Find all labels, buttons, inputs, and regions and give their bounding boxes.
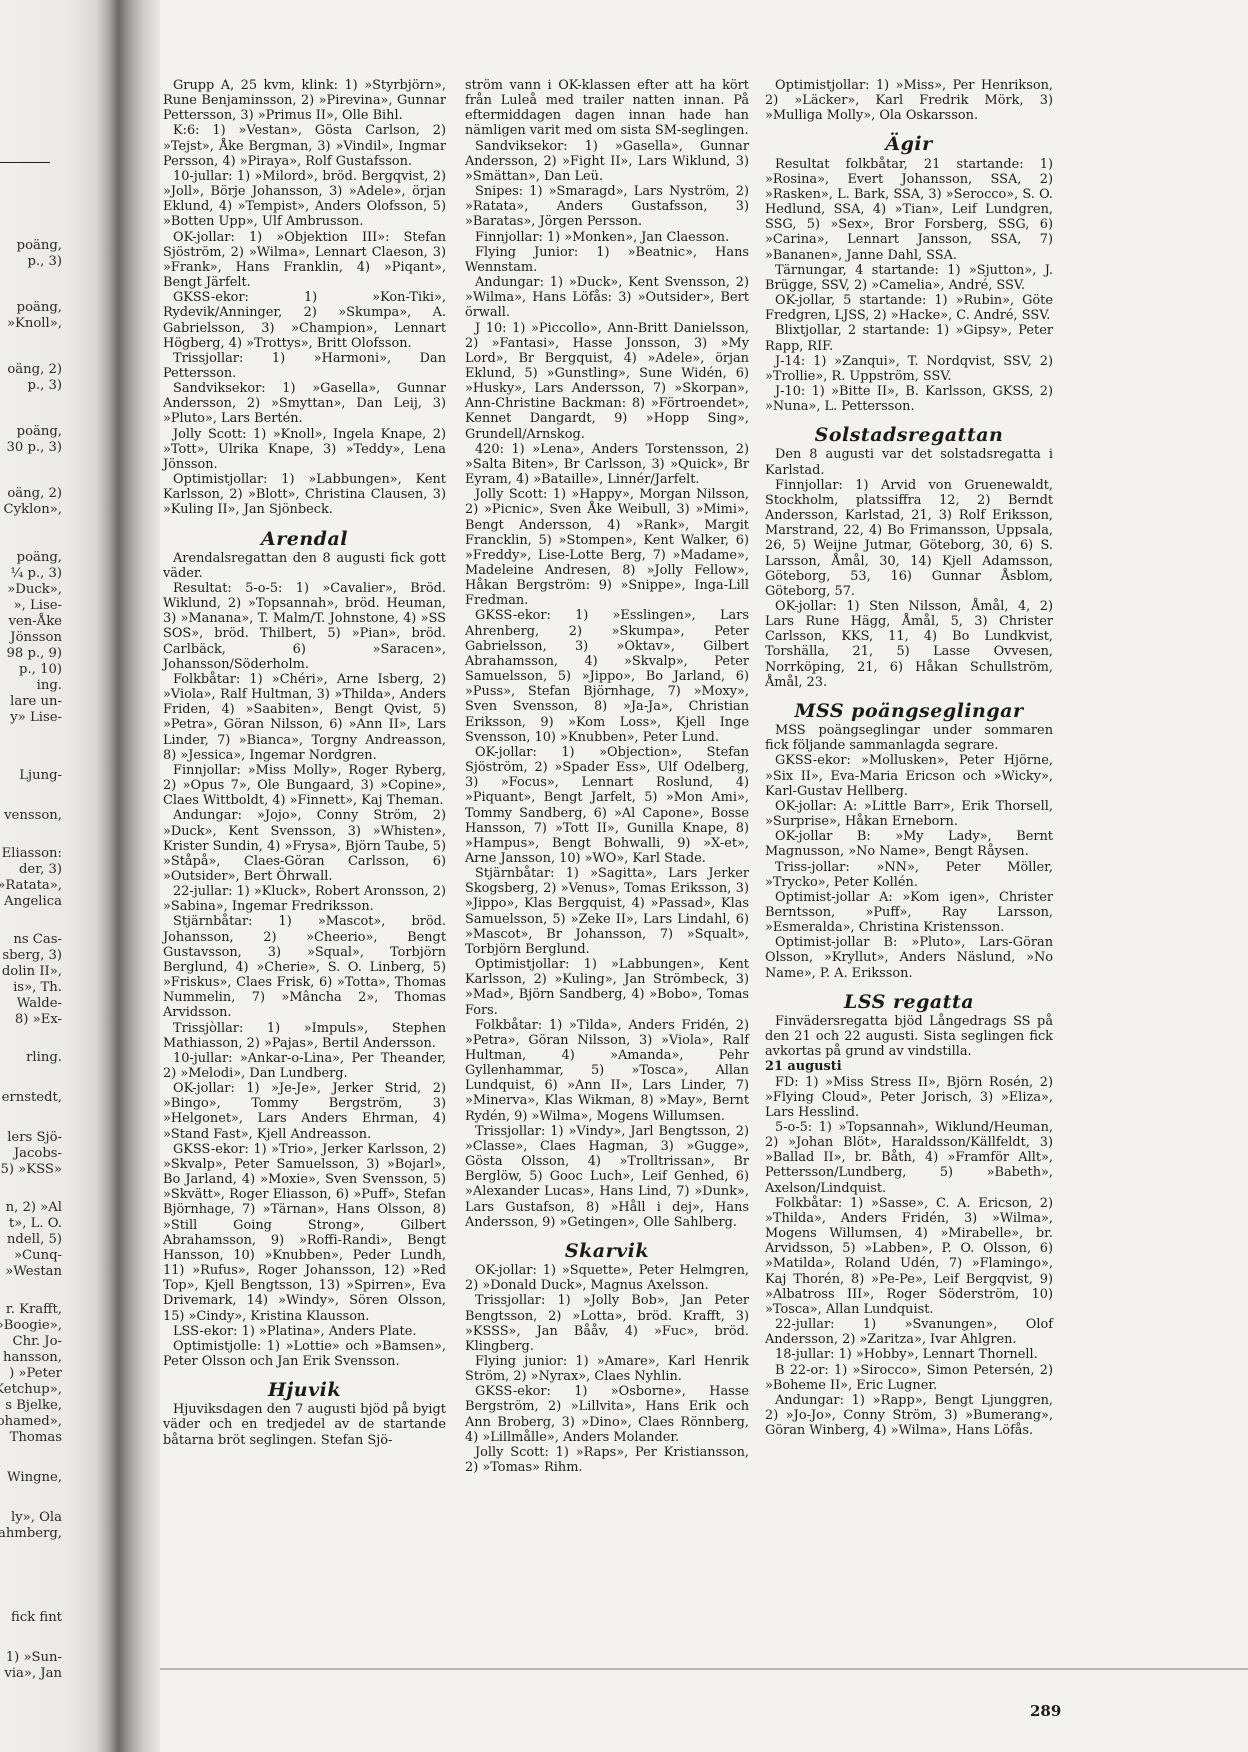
facing-page-fragment: n, 2) »Al <box>6 1200 62 1216</box>
results-paragraph: Andungar: 1) »Duck», Kent Svensson, 2) »… <box>465 275 749 320</box>
facing-page-fragment: r. Krafft, <box>6 1302 62 1318</box>
facing-page-fragment: Jönsson <box>10 630 62 646</box>
results-paragraph: OK-jollar: 1) »Squette», Peter Helmgren,… <box>465 1263 749 1293</box>
results-paragraph: Optimist-jollar B: »Pluto», Lars-Göran O… <box>765 935 1053 980</box>
text-column-1: Grupp A, 25 kvm, klink: 1) »Styrbjörn», … <box>163 78 446 1448</box>
facing-page-fragment: 8) »Ex- <box>15 1012 62 1028</box>
facing-page-fragment: poäng, <box>17 238 62 254</box>
section-heading: Hjuvik <box>163 1383 446 1398</box>
results-paragraph: Folkbåtar: 1) »Chéri», Arne Isberg, 2) »… <box>163 672 446 763</box>
results-paragraph: OK-jollar: 1) »Je-Je», Jerker Strid, 2) … <box>163 1081 446 1142</box>
results-paragraph: 10-jullar: 1) »Milord», bröd. Bergqvist,… <box>163 169 446 230</box>
facing-page-fragment: Chr. Jo- <box>12 1334 62 1350</box>
facing-page-fragment: Thomas <box>10 1430 62 1446</box>
facing-page-fragment: Eliasson: <box>2 846 62 862</box>
facing-page-fragment: 1) »Sun- <box>6 1650 62 1666</box>
results-paragraph: Grupp A, 25 kvm, klink: 1) »Styrbjörn», … <box>163 78 446 123</box>
results-paragraph: Optimistjollar: 1) »Labbungen», Kent Kar… <box>163 472 446 517</box>
results-paragraph: OK-jollar: 1) »Objection», Stefan Sjöstr… <box>465 745 749 866</box>
facing-page-fragment: 5) »KSS» <box>0 1162 62 1178</box>
results-paragraph: OK-jollar: A: »Little Barr», Erik Thorse… <box>765 799 1053 829</box>
facing-page-fragment: 30 p., 3) <box>6 440 62 456</box>
facing-page-fragment: »Ratata», <box>0 878 62 894</box>
results-paragraph: Stjärnbåtar: 1) »Sagitta», Lars Jerker S… <box>465 866 749 957</box>
results-paragraph: Folkbåtar: 1) »Sasse», C. A. Ericson, 2)… <box>765 1196 1053 1317</box>
section-heading: Arendal <box>163 532 446 547</box>
results-paragraph: GKSS-ekor: 1) »Trio», Jerker Karlsson, 2… <box>163 1142 446 1324</box>
results-paragraph: Blixtjollar, 2 startande: 1) »Gipsy», Pe… <box>765 323 1053 353</box>
facing-page-fragment: ing. <box>37 678 62 694</box>
facing-page-fragment: ernstedt, <box>2 1090 62 1106</box>
results-paragraph: Jolly Scott: 1) »Happy», Morgan Nilsson,… <box>465 487 749 608</box>
section-heading: MSS poängseglingar <box>765 704 1053 719</box>
results-paragraph: Trissjòllar: 1) »Impuls», Stephen Mathia… <box>163 1021 446 1051</box>
results-paragraph: Snipes: 1) »Smaragd», Lars Nyström, 2) »… <box>465 184 749 229</box>
results-paragraph: Folkbåtar: 1) »Tilda», Anders Fridén, 2)… <box>465 1018 749 1124</box>
facing-page-fragment: poäng, <box>17 550 62 566</box>
results-paragraph: K:6: 1) »Vestan», Gösta Carlson, 2) »Tej… <box>163 123 446 168</box>
facing-page-fragment: ly», Ola <box>11 1510 62 1526</box>
results-paragraph: GKSS-ekor: 1) »Osborne», Hasse Bergström… <box>465 1384 749 1445</box>
results-paragraph: J-14: 1) »Zanqui», T. Nordqvist, SSV, 2)… <box>765 354 1053 384</box>
results-paragraph: Flying Junior: 1) »Beatnic», Hans Wennst… <box>465 245 749 275</box>
facing-page-fragment: », Lise- <box>14 598 62 614</box>
results-paragraph: Tärnungar, 4 startande: 1) »Sjutton», J.… <box>765 263 1053 293</box>
results-paragraph: Finvädersregatta bjöd Långedrags SS på d… <box>765 1014 1053 1059</box>
facing-page-fragment: is», Th. <box>13 980 62 996</box>
results-paragraph: GKSS-ekor: »Mollusken», Peter Hjörne, »S… <box>765 753 1053 798</box>
facing-page-fragment: s Bjelke, <box>5 1398 62 1414</box>
results-paragraph: Optimist-jollar A: »Kom igen», Christer … <box>765 890 1053 935</box>
facing-page-fragment: sberg, 3) <box>2 948 62 964</box>
results-paragraph: OK-jollar, 5 startande: 1) »Rubin», Göte… <box>765 293 1053 323</box>
section-rule <box>0 162 50 163</box>
facing-page-fragment: fick fint <box>11 1610 62 1626</box>
results-paragraph: 5-o-5: 1) »Topsannah», Wiklund/Heuman, 2… <box>765 1120 1053 1196</box>
facing-page-fragment: poäng, <box>17 300 62 316</box>
facing-page-fragment: t», L. O. <box>9 1216 62 1232</box>
results-paragraph: Triss-jollar: »NN», Peter Möller, »Tryck… <box>765 860 1053 890</box>
facing-page-fragment: ahmberg, <box>0 1526 62 1542</box>
facing-page-fragment: ohamed», <box>0 1414 62 1430</box>
results-paragraph: Finnjollar: 1) Arvid von Gruenewaldt, St… <box>765 478 1053 599</box>
facing-page-fragment: p., 10) <box>19 662 62 678</box>
facing-page-fragment: rling. <box>26 1050 62 1066</box>
facing-page-fragment: lers Sjö- <box>7 1130 62 1146</box>
results-paragraph: Andungar: »Jojo», Conny Ström, 2) »Duck»… <box>163 808 446 884</box>
results-paragraph: Hjuviksdagen den 7 augusti bjöd på byigt… <box>163 1402 446 1447</box>
facing-page-fragment: ns Cas- <box>13 932 62 948</box>
facing-page-fragment: oäng, 2) <box>7 362 62 378</box>
page-number: 289 <box>1030 1702 1061 1720</box>
results-paragraph: 10-jullar: »Ankar-o-Lina», Per Theander,… <box>163 1051 446 1081</box>
results-paragraph: Finnjollar: »Miss Molly», Roger Ryberg, … <box>163 763 446 808</box>
results-paragraph: Sandviksekor: 1) »Gasella», Gunnar Ander… <box>465 139 749 184</box>
results-paragraph: 22-jullar: 1) »Kluck», Robert Aronsson, … <box>163 884 446 914</box>
results-paragraph: Sandviksekor: 1) »Gasella», Gunnar Ander… <box>163 381 446 426</box>
facing-page-fragment: y» Lise- <box>10 710 62 726</box>
facing-page-fragment: lare un- <box>10 694 62 710</box>
results-paragraph: Finnjollar: 1) »Monken», Jan Claesson. <box>465 230 749 245</box>
facing-page-fragment: »Cunq- <box>14 1248 62 1264</box>
facing-page-fragment: dolin II», <box>2 964 62 980</box>
section-heading: LSS regatta <box>765 995 1053 1010</box>
facing-page-fragment: der, 3) <box>19 862 62 878</box>
results-paragraph: ström vann i OK-klassen efter att ha kör… <box>465 78 749 139</box>
book-gutter-shadow <box>118 0 160 1752</box>
results-paragraph: Resultat folkbåtar, 21 startande: 1) »Ro… <box>765 157 1053 263</box>
results-paragraph: MSS poängseglingar under sommaren fick f… <box>765 723 1053 753</box>
facing-page-edge: poäng,p., 3)poäng,»Knoll»,oäng, 2)p., 3)… <box>0 0 118 1752</box>
results-paragraph: 18-jullar: 1) »Hobby», Lennart Thornell. <box>765 1347 1053 1362</box>
text-column-3: Optimistjollar: 1) »Miss», Per Henrikson… <box>765 78 1053 1438</box>
results-paragraph: Resultat: 5-o-5: 1) »Cavalier», Bröd. Wi… <box>163 581 446 672</box>
facing-page-fragment: »Knoll», <box>7 316 62 332</box>
facing-page-fragment: Jacobs- <box>14 1146 62 1162</box>
results-paragraph: GKSS-ekor: 1) »Esslingen», Lars Ahrenber… <box>465 608 749 744</box>
results-paragraph: Trissjollar: 1) »Vindy», Jarl Bengtsson,… <box>465 1124 749 1230</box>
results-paragraph: Trissjollar: 1) »Jolly Bob», Jan Peter B… <box>465 1293 749 1354</box>
results-paragraph: Andungar: 1) »Rapp», Bengt Ljunggren, 2)… <box>765 1393 1053 1438</box>
facing-page-fragment: hansson, <box>3 1350 62 1366</box>
results-paragraph: Den 8 augusti var det solstadsregatta i … <box>765 447 1053 477</box>
results-paragraph: Jolly Scott: 1) »Raps», Per Kristiansson… <box>465 1445 749 1475</box>
facing-page-fragment: Ljung- <box>19 768 62 784</box>
results-paragraph: Flying junior: 1) »Amare», Karl Henrik S… <box>465 1354 749 1384</box>
results-paragraph: Arendalsregattan den 8 augusti fick gott… <box>163 551 446 581</box>
results-paragraph: J 10: 1) »Piccollo», Ann-Britt Danielsso… <box>465 321 749 442</box>
facing-page-fragment: »Duck», <box>7 582 62 598</box>
facing-page-fragment: vensson, <box>4 808 62 824</box>
results-paragraph: LSS-ekor: 1) »Platina», Anders Plate. <box>163 1324 446 1339</box>
facing-page-fragment: p., 3) <box>27 254 62 270</box>
facing-page-fragment: Angelica <box>4 894 62 910</box>
results-paragraph: B 22-or: 1) »Sirocco», Simon Petersén, 2… <box>765 1363 1053 1393</box>
results-paragraph: OK-jollar: 1) »Objektion III»: Stefan Sj… <box>163 230 446 291</box>
facing-page-fragment: Cyklon», <box>4 502 62 518</box>
facing-page-fragment: p., 3) <box>27 378 62 394</box>
facing-page-fragment: oäng, 2) <box>7 486 62 502</box>
results-paragraph: Trissjollar: 1) »Harmoni», Dan Pettersso… <box>163 351 446 381</box>
facing-page-fragment: poäng, <box>17 424 62 440</box>
results-paragraph: 420: 1) »Lena», Anders Torstensson, 2) »… <box>465 442 749 487</box>
facing-page-fragment: Wingne, <box>7 1470 62 1486</box>
results-paragraph: Optimistjollar: 1) »Labbungen», Kent Kar… <box>465 957 749 1018</box>
date-subheading: 21 augusti <box>765 1059 1053 1074</box>
facing-page-fragment: ven-Åke <box>8 614 62 630</box>
results-paragraph: J-10: 1) »Bitte II», B. Karlsson, GKSS, … <box>765 384 1053 414</box>
results-paragraph: Optimistjollar: 1) »Miss», Per Henrikson… <box>765 78 1053 123</box>
results-paragraph: FD: 1) »Miss Stress II», Björn Rosén, 2)… <box>765 1075 1053 1120</box>
facing-page-fragment: via», Jan <box>4 1666 62 1682</box>
results-paragraph: Stjärnbåtar: 1) »Mascot», bröd. Johansso… <box>163 914 446 1020</box>
facing-page-fragment: ndell, 5) <box>7 1232 62 1248</box>
facing-page-fragment: Ketchup», <box>0 1382 62 1398</box>
results-paragraph: Jolly Scott: 1) »Knoll», Ingela Knape, 2… <box>163 427 446 472</box>
facing-page-fragment: »Boogie», <box>0 1318 62 1334</box>
facing-page-fragment: ¼ p., 3) <box>10 566 62 582</box>
section-heading: Ägir <box>765 137 1053 152</box>
text-column-2: ström vann i OK-klassen efter att ha kör… <box>465 78 749 1475</box>
results-paragraph: OK-jollar B: »My Lady», Bernt Magnusson,… <box>765 829 1053 859</box>
results-paragraph: Optimistjolle: 1) »Lottie» och »Bamsen»,… <box>163 1339 446 1369</box>
section-heading: Solstadsregattan <box>765 428 1053 443</box>
results-paragraph: GKSS-ekor: 1) »Kon-Tiki», Rydevik/Anning… <box>163 290 446 351</box>
facing-page-fragment: 98 p., 9) <box>6 646 62 662</box>
section-heading: Skarvik <box>465 1244 749 1259</box>
results-paragraph: 22-jullar: 1) »Svanungen», Olof Andersso… <box>765 1317 1053 1347</box>
facing-page-fragment: »Westan <box>5 1264 62 1280</box>
facing-page-fragment: ) »Peter <box>9 1366 62 1382</box>
facing-page-fragment: Walde- <box>17 996 62 1012</box>
results-paragraph: OK-jollar: 1) Sten Nilsson, Åmål, 4, 2) … <box>765 599 1053 690</box>
page-bottom-edge <box>160 1668 1248 1670</box>
